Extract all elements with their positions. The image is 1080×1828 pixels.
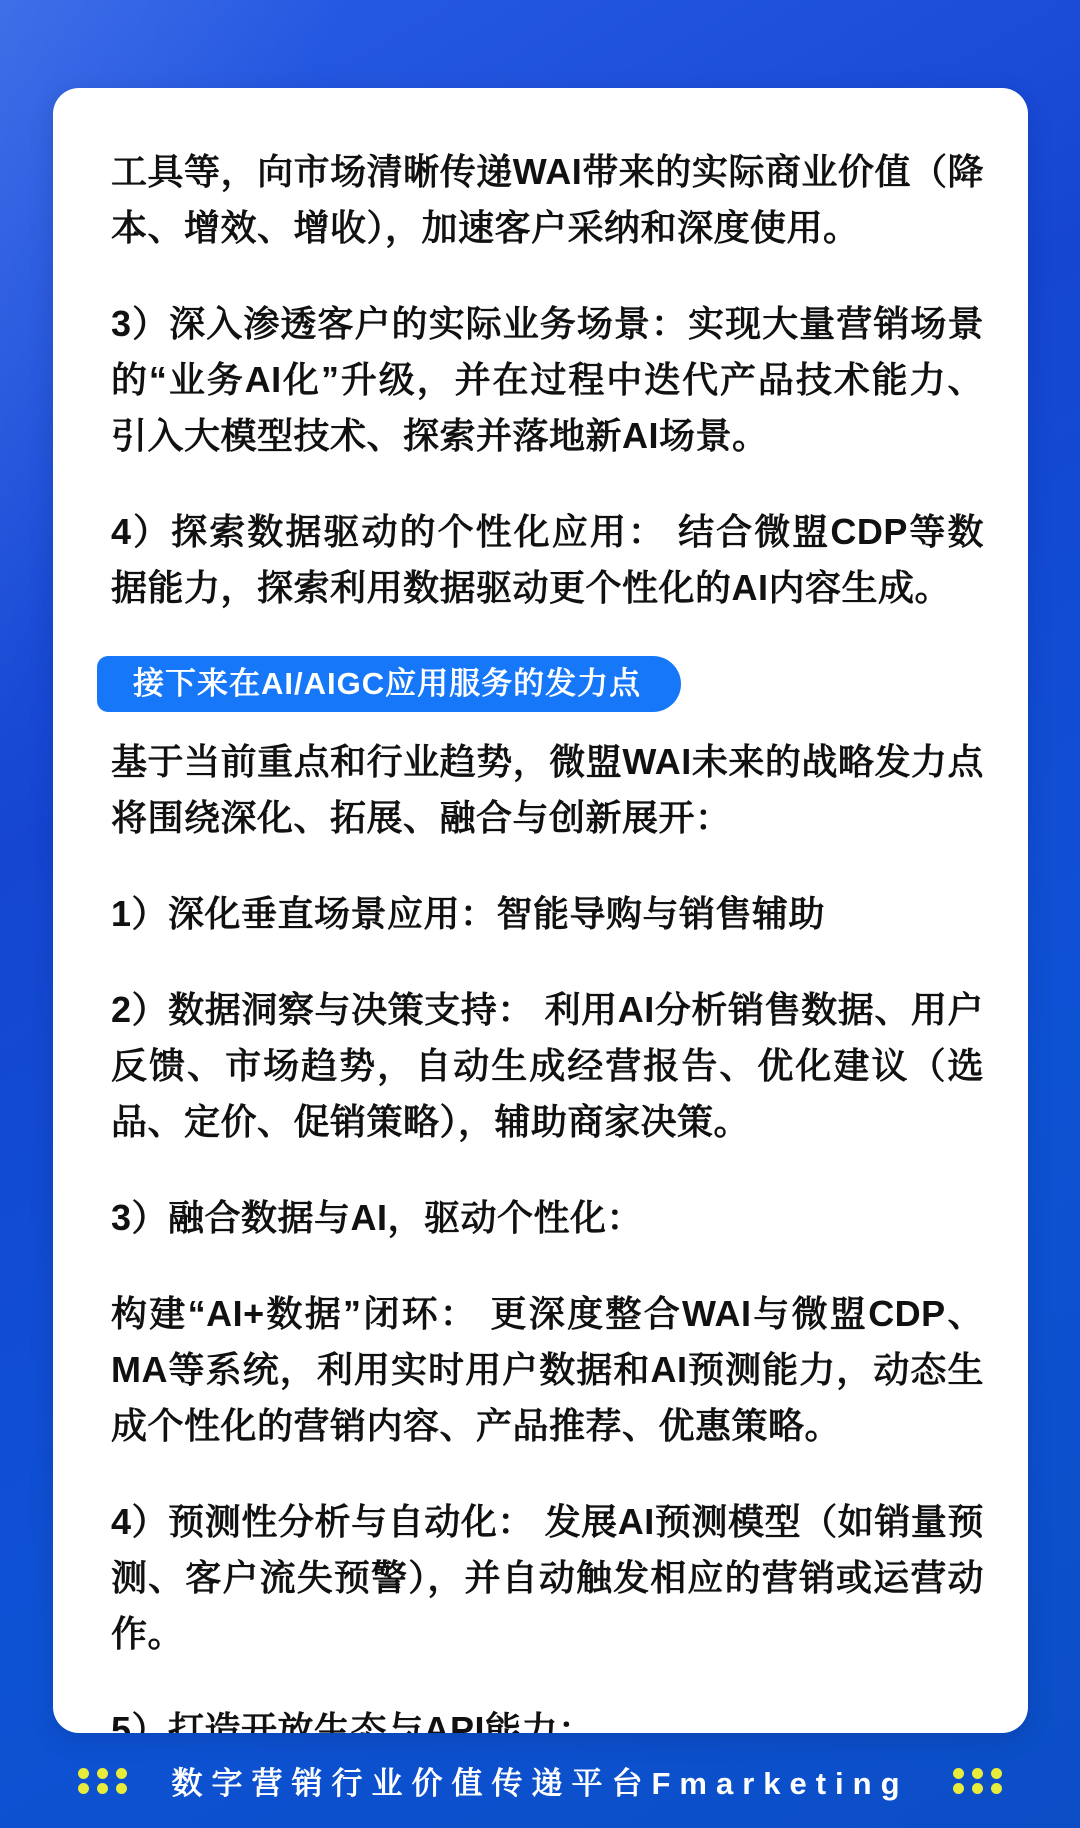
article-page: 工具等，向市场清晰传递WAI带来的实际商业价值（降本、增效、增收），加速客户采纳…	[0, 0, 1080, 1828]
dot-icon	[991, 1768, 1002, 1779]
section-badge: 接下来在AI/AIGC应用服务的发力点	[97, 656, 681, 712]
dot-icon	[972, 1768, 983, 1779]
dot-icon	[116, 1783, 127, 1794]
dot-icon	[78, 1768, 89, 1779]
dot-icon	[97, 1783, 108, 1794]
dots-right-icon	[953, 1768, 1002, 1794]
dot-icon	[97, 1768, 108, 1779]
paragraph: 1）深化垂直场景应用：智能导购与销售辅助	[111, 886, 984, 942]
paragraph: 3）融合数据与AI，驱动个性化：	[111, 1190, 984, 1246]
dot-icon	[116, 1768, 127, 1779]
dot-icon	[953, 1768, 964, 1779]
dot-icon	[972, 1783, 983, 1794]
section-badge-row: 接下来在AI/AIGC应用服务的发力点	[111, 656, 984, 712]
content-card: 工具等，向市场清晰传递WAI带来的实际商业价值（降本、增效、增收），加速客户采纳…	[53, 88, 1028, 1733]
paragraph: 2）数据洞察与决策支持： 利用AI分析销售数据、用户反馈、市场趋势，自动生成经营…	[111, 982, 984, 1150]
footer-bar: 数字营销行业价值传递平台Fmarketing	[0, 1733, 1080, 1828]
paragraph: 5）打造开放生态与API能力：	[111, 1702, 984, 1733]
paragraph: 基于当前重点和行业趋势，微盟WAI未来的战略发力点将围绕深化、拓展、融合与创新展…	[111, 734, 984, 846]
paragraph: 构建“AI+数据”闭环： 更深度整合WAI与微盟CDP、MA等系统，利用实时用户…	[111, 1286, 984, 1454]
paragraph: 3）深入渗透客户的实际业务场景：实现大量营销场景的“业务AI化”升级，并在过程中…	[111, 296, 984, 464]
paragraph: 4）探索数据驱动的个性化应用： 结合微盟CDP等数据能力，探索利用数据驱动更个性…	[111, 504, 984, 616]
paragraph: 4）预测性分析与自动化： 发展AI预测模型（如销量预测、客户流失预警），并自动触…	[111, 1494, 984, 1662]
paragraph: 工具等，向市场清晰传递WAI带来的实际商业价值（降本、增效、增收），加速客户采纳…	[111, 144, 984, 256]
dot-icon	[991, 1783, 1002, 1794]
dot-icon	[78, 1783, 89, 1794]
dots-left-icon	[78, 1768, 127, 1794]
dot-icon	[953, 1783, 964, 1794]
footer-title: 数字营销行业价值传递平台Fmarketing	[171, 1758, 908, 1803]
